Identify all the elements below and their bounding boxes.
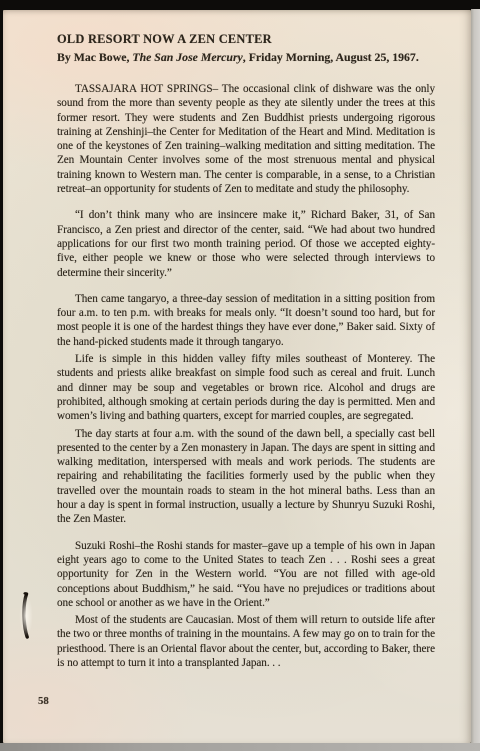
article-paragraph: TASSAJARA HOT SPRINGS– The occasional cl… bbox=[57, 82, 435, 196]
article: OLD RESORT NOW A ZEN CENTER By Mac Bowe,… bbox=[57, 32, 435, 670]
scanned-book-page: OLD RESORT NOW A ZEN CENTER By Mac Bowe,… bbox=[0, 0, 480, 751]
article-paragraph: The day starts at four a.m. with the sou… bbox=[57, 427, 435, 527]
ink-halo bbox=[17, 586, 35, 646]
article-paragraph: Then came tangaryo, a three-day session … bbox=[57, 292, 435, 349]
article-paragraph: Most of the students are Caucasian. Most… bbox=[57, 613, 435, 670]
margin-ink-mark-icon bbox=[17, 586, 35, 646]
article-title: OLD RESORT NOW A ZEN CENTER bbox=[57, 32, 435, 47]
article-paragraph: Suzuki Roshi–the Roshi stands for master… bbox=[57, 539, 435, 610]
article-paragraph: Life is simple in this hidden valley fif… bbox=[57, 352, 435, 423]
book-edge-bottom bbox=[0, 743, 480, 751]
page-number: 58 bbox=[38, 695, 49, 707]
byline-publication: The San Jose Mercury bbox=[132, 50, 242, 64]
article-body: TASSAJARA HOT SPRINGS– The occasional cl… bbox=[57, 82, 435, 670]
paper-sheet: OLD RESORT NOW A ZEN CENTER By Mac Bowe,… bbox=[3, 10, 471, 743]
byline-date: , Friday Morning, August 25, 1967. bbox=[243, 50, 419, 64]
article-paragraph: “I don’t think many who are insincere ma… bbox=[57, 208, 435, 279]
byline-author: By Mac Bowe, bbox=[57, 50, 132, 64]
book-edge-right bbox=[471, 9, 480, 751]
article-byline: By Mac Bowe, The San Jose Mercury, Frida… bbox=[57, 50, 435, 65]
